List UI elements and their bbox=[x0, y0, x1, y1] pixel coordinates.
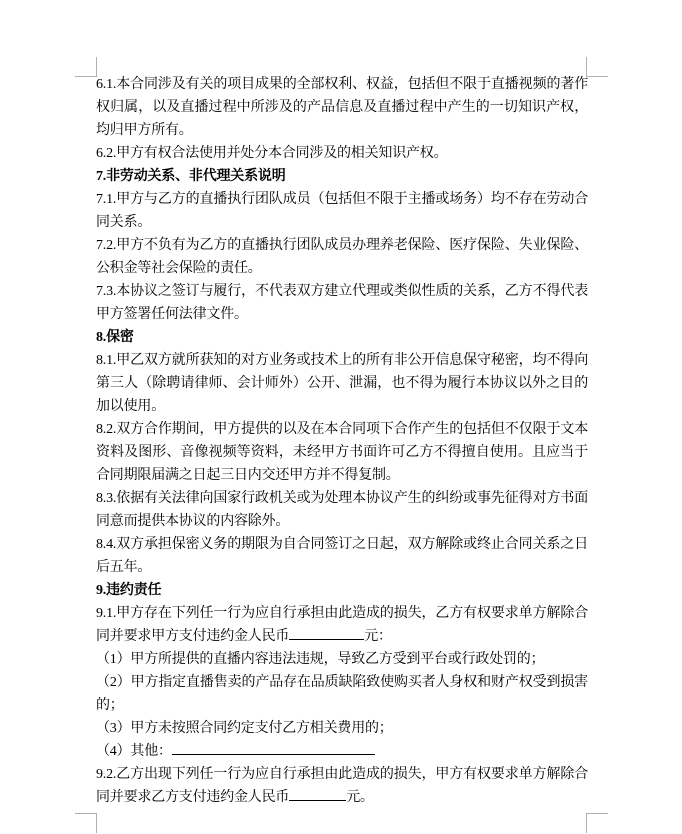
paragraph: （3）甲方未按照合同约定支付乙方相关费用的； bbox=[96, 717, 588, 740]
paragraph: 6.1.本合同涉及有关的项目成果的全部权利、权益，包括但不限于直播视频的著作权归… bbox=[96, 73, 588, 142]
paragraph: 7.2.甲方不负有为乙方的直播执行团队成员办理养老保险、医疗保险、失业保险、公积… bbox=[96, 234, 588, 280]
paragraph: 9.1.甲方存在下列任一行为应自行承担由此造成的损失，乙方有权要求单方解除合同并… bbox=[96, 602, 588, 648]
margin-crop-mark-bottom-left bbox=[75, 813, 97, 833]
margin-crop-mark-bottom-right bbox=[586, 813, 608, 833]
paragraph: 8.3.依据有关法律向国家行政机关或为处理本协议产生的纠纷或事先征得对方书面同意… bbox=[96, 487, 588, 533]
fill-in-blank bbox=[289, 626, 364, 640]
paragraph: （4）其他： bbox=[96, 740, 588, 763]
paragraph: （2）甲方指定直播售卖的产品存在品质缺陷致使购买者人身权和财产权受到损害的； bbox=[96, 671, 588, 717]
section-heading: 9.违约责任 bbox=[96, 579, 588, 602]
paragraph: 6.2.甲方有权合法使用并处分本合同涉及的相关知识产权。 bbox=[96, 142, 588, 165]
document-page[interactable]: 6.1.本合同涉及有关的项目成果的全部权利、权益，包括但不限于直播视频的著作权归… bbox=[0, 0, 682, 834]
fill-in-blank bbox=[289, 787, 346, 801]
paragraph: （1）甲方所提供的直播内容违法违规，导致乙方受到平台或行政处罚的； bbox=[96, 648, 588, 671]
paragraph: 7.3.本协议之签订与履行，不代表双方建立代理或类似性质的关系，乙方不得代表甲方… bbox=[96, 280, 588, 326]
document-content: 6.1.本合同涉及有关的项目成果的全部权利、权益，包括但不限于直播视频的著作权归… bbox=[96, 73, 588, 809]
paragraph: 8.4.双方承担保密义务的期限为自合同签订之日起，双方解除或终止合同关系之日后五… bbox=[96, 533, 588, 579]
paragraph: 9.2.乙方出现下列任一行为应自行承担由此造成的损失，甲方有权要求单方解除合同并… bbox=[96, 763, 588, 809]
paragraph: 7.1.甲方与乙方的直播执行团队成员（包括但不限于主播或场务）均不存在劳动合同关… bbox=[96, 188, 588, 234]
fill-in-blank bbox=[172, 741, 375, 755]
margin-crop-mark-top-left bbox=[75, 57, 97, 77]
margin-crop-mark-top-right bbox=[586, 57, 608, 77]
section-heading: 8.保密 bbox=[96, 326, 588, 349]
paragraph: 8.1.甲乙双方就所获知的对方业务或技术上的所有非公开信息保守秘密，均不得向第三… bbox=[96, 349, 588, 418]
paragraph: 8.2.双方合作期间，甲方提供的以及在本合同项下合作产生的包括但不仅限于文本资料… bbox=[96, 418, 588, 487]
section-heading: 7.非劳动关系、非代理关系说明 bbox=[96, 165, 588, 188]
